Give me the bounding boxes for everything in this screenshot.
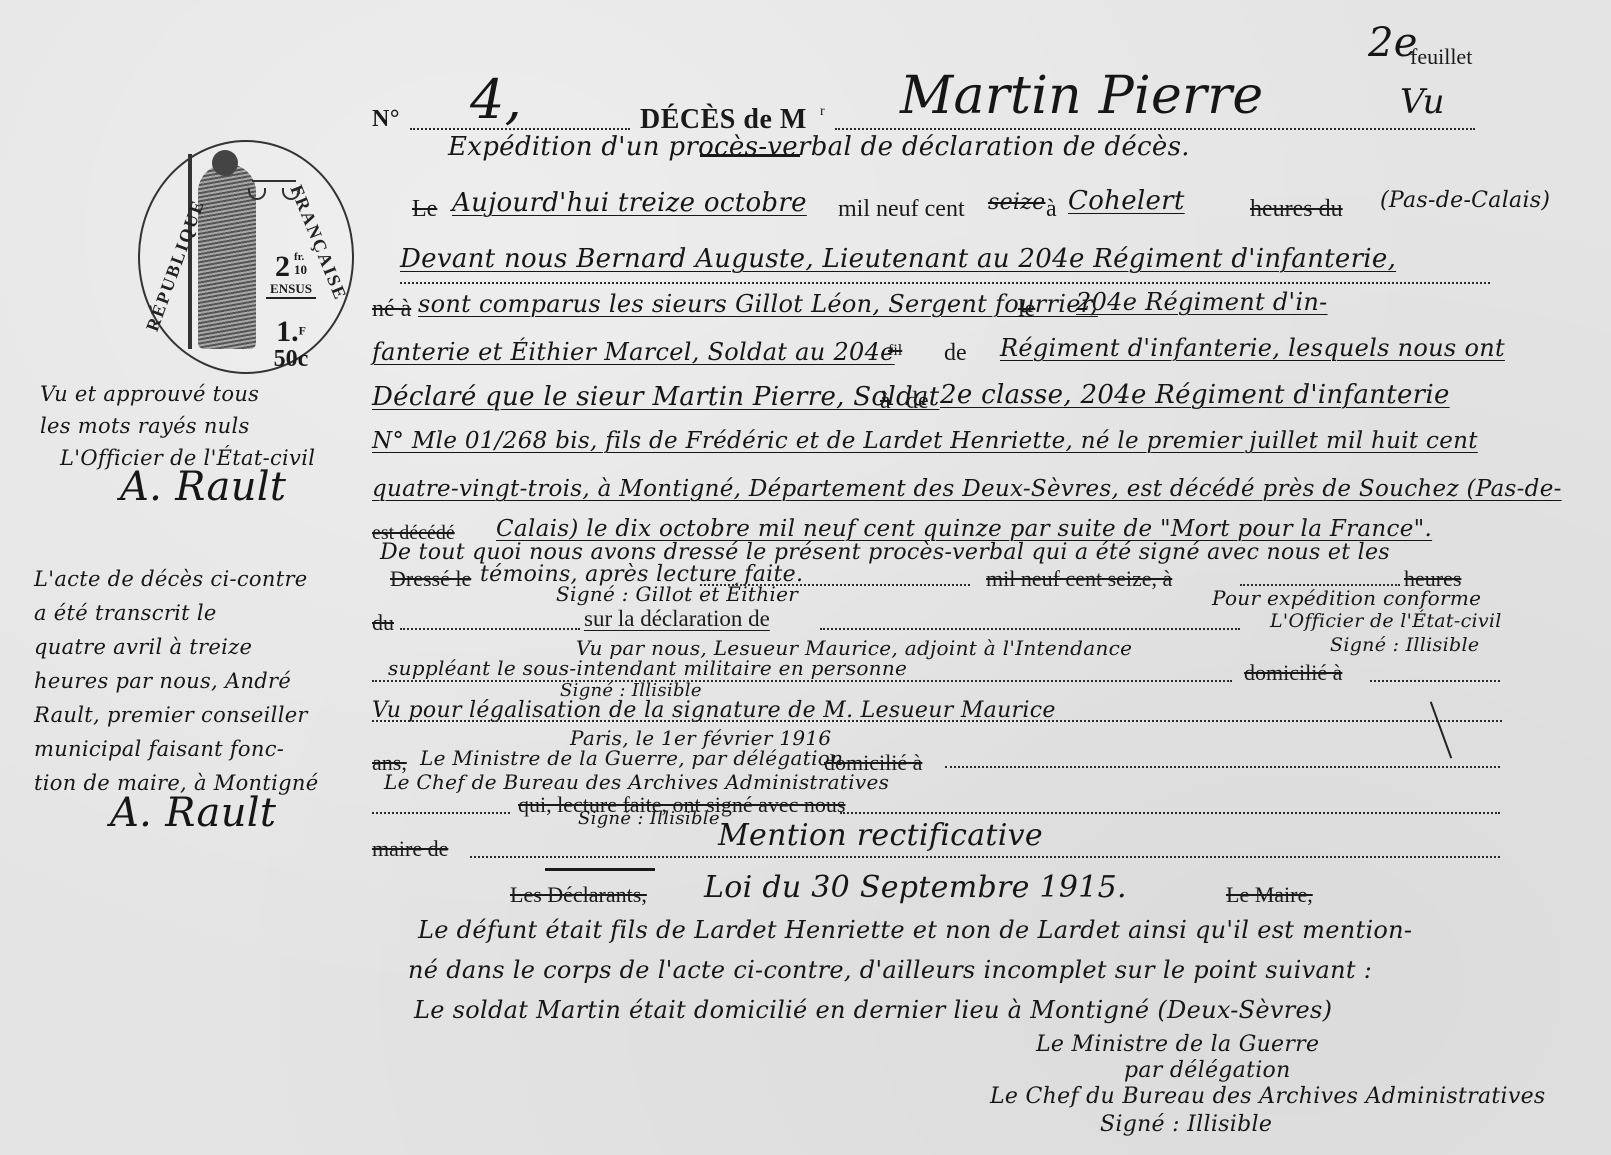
officer-line: Devant nous Bernard Auguste, Lieutenant … (400, 244, 1396, 274)
witness-1-regiment: 204e Régiment d'in- (1076, 288, 1328, 316)
deceased-birthplace-death: quatre-vingt-trois, à Montigné, Départem… (372, 476, 1562, 502)
name-fill-line (835, 128, 1475, 130)
stamp-price-top-value: 2 (275, 250, 290, 283)
margin-transcription-line: a été transcrit le (34, 596, 318, 630)
fill-line (372, 720, 1502, 722)
fill-line (470, 856, 1500, 858)
fill-line (840, 812, 1500, 814)
stamp-price-bottom-cents: 50c (268, 347, 314, 371)
subtitle-expedition: Expédition d'un procès-verbal de déclara… (448, 132, 1190, 162)
deceased-parents-birth: N° Mle 01/268 bis, fils de Frédéric et d… (372, 428, 1478, 454)
witness-2-regiment: Régiment d'infanterie, lesquels nous ont (1000, 334, 1505, 362)
expedition-conforme: Pour expédition conforme (1212, 586, 1481, 610)
fill-line (372, 812, 510, 814)
printed-domicilie-struck: domicilié à (1244, 660, 1342, 686)
printed-de-2: de (906, 388, 929, 415)
death-date-cause: Calais) le dix octobre mil neuf cent qui… (496, 516, 1432, 542)
sheet-label: feuillet (1410, 44, 1472, 70)
stamp-price-bottom: 1.F 50c (268, 317, 314, 371)
footer-signed-illegible: Signé : Illisible (1100, 1112, 1272, 1137)
footer-delegation: par délégation (1124, 1058, 1291, 1083)
printed-ne-a-struck: né à (372, 296, 411, 323)
printed-dresse-le-struck: Dressé le (390, 566, 471, 592)
printed-sur-la-declaration: sur la déclaration de (584, 606, 770, 632)
witness-2-hand: fanterie et Éithier Marcel, Soldat au 20… (372, 338, 895, 366)
margin-approval-line: les mots rayés nuls (40, 410, 315, 442)
printed-le-struck: Le (412, 196, 437, 223)
strike-bar (700, 154, 800, 157)
printed-de: de (944, 340, 967, 367)
printed-fil-struck: fil (888, 342, 902, 360)
stamp-price-bottom-value: 1. (276, 315, 299, 348)
mention-rectificative: Mention rectificative (718, 818, 1043, 853)
signed-illegible-2: Signé : Illisible (578, 808, 720, 829)
declaration-deceased: Déclaré que le sieur Martin Pierre, Sold… (372, 382, 939, 412)
deceased-name: Martin Pierre (900, 66, 1263, 126)
margin-approval-note: Vu et approuvé tous les mots rayés nuls … (40, 378, 315, 474)
margin-transcription-line: heures par nous, André (34, 664, 318, 698)
fill-line (400, 282, 1490, 284)
fill-line (820, 628, 1240, 630)
margin-stroke (1430, 701, 1452, 758)
date-day-hand: Aujourd'hui treize octobre (452, 188, 807, 218)
chef-bureau-archives: Le Chef de Bureau des Archives Administr… (384, 770, 889, 794)
suppleant-line: suppléant le sous-intendant militaire en… (388, 656, 907, 680)
printed-maire-de-struck: maire de (372, 836, 448, 862)
printed-a: à (1046, 196, 1057, 223)
officer-etat-civil: L'Officier de l'État-civil (1270, 610, 1502, 632)
year-struck-hand: seize (988, 190, 1045, 215)
minister-delegation: Le Ministre de la Guerre, par délégation (420, 746, 843, 770)
rectification-line-2: né dans le corps de l'acte ci-contre, d'… (408, 956, 1372, 984)
margin-transcription-line: Rault, premier conseiller (34, 698, 318, 732)
strike-bar (545, 868, 655, 871)
number-label: N° (372, 106, 400, 133)
printed-les-declarants-struck: Les Déclarants, (510, 882, 647, 908)
law-reference: Loi du 30 Septembre 1915. (704, 870, 1127, 905)
deceased-rank-regiment: 2e classe, 204e Régiment d'infanterie (940, 380, 1450, 410)
margin-transcription-line: municipal faisant fonc- (34, 732, 318, 766)
document-page: 2e feuillet Vu N° 4, DÉCÈS de M r Martin… (0, 0, 1611, 1155)
transcription-signature: A. Rault (110, 790, 276, 836)
margin-transcription-line: L'acte de décès ci-contre (34, 562, 318, 596)
fill-line (945, 766, 1500, 768)
footer-minister: Le Ministre de la Guerre (1036, 1032, 1319, 1057)
deces-title-suffix: r (820, 104, 825, 120)
stamp-ensus: ENSUS (266, 282, 316, 299)
certificate-number: 4, (470, 68, 522, 131)
margin-transcription-note: L'acte de décès ci-contre a été transcri… (34, 562, 318, 800)
right-signed-illegible: Signé : Illisible (1330, 634, 1479, 656)
sheet-initials: Vu (1400, 82, 1445, 122)
fill-line (1370, 680, 1500, 682)
rectification-line-1: Le défunt était fils de Lardet Henriette… (418, 916, 1412, 944)
printed-heures-du-struck: heures du (1250, 196, 1343, 223)
printed-le-struck-2: le (1018, 296, 1035, 323)
fill-line (400, 628, 580, 630)
margin-transcription-line: quatre avril à treize (34, 630, 318, 664)
witness-1-hand: sont comparus les sieurs Gillot Léon, Se… (418, 290, 1098, 318)
printed-du-struck: du (372, 610, 394, 636)
department-hand: (Pas-de-Calais) (1380, 188, 1550, 213)
stamp-price-top-frac: 10 (294, 263, 307, 276)
stamp-price-bottom-unit: F (299, 324, 306, 338)
stamp-figure-head (212, 150, 238, 176)
printed-a-struck: à (880, 388, 891, 415)
approval-signature: A. Rault (120, 464, 286, 510)
printed-le-maire-struck: Le Maire, (1226, 882, 1313, 908)
fill-line (372, 680, 1232, 682)
margin-approval-line: Vu et approuvé tous (40, 378, 315, 410)
stamp-price-top: 2 fr. 10 ENSUS (266, 252, 316, 299)
printed-date-struck: mil neuf cent seize, à (986, 566, 1172, 592)
place-hand: Cohelert (1068, 186, 1185, 216)
rectification-line-3: Le soldat Martin était domicilié en dern… (414, 996, 1332, 1024)
printed-mil-neuf-cent: mil neuf cent (838, 196, 965, 223)
footer-chef-bureau: Le Chef du Bureau des Archives Administr… (990, 1084, 1545, 1109)
fiscal-stamp: RÉPUBLIQUE FRANÇAISE 2 fr. 10 ENSUS 1.F … (138, 140, 354, 374)
signed-witnesses: Signé : Gillot et Éithier (556, 582, 798, 606)
